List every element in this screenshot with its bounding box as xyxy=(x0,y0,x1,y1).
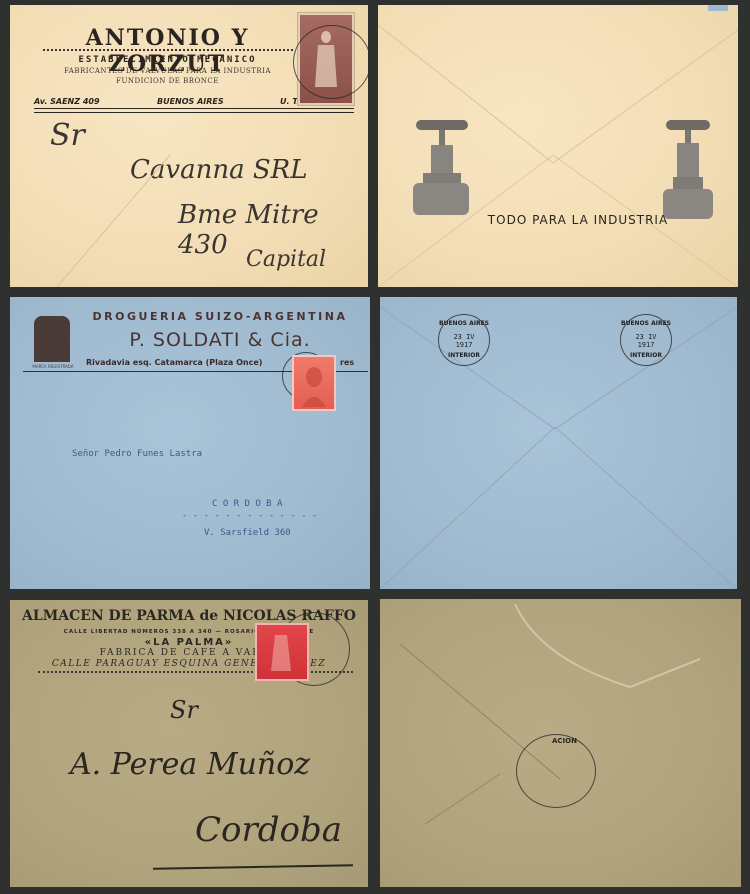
postmark-text: ACION xyxy=(552,737,577,745)
postage-stamp xyxy=(255,623,309,681)
trademark-logo-icon xyxy=(34,316,70,362)
envelope-antonio-zorzut-back: TODO PARA LA INDUSTRIA xyxy=(378,5,738,287)
envelope-antonio-zorzut-front: ANTONIO Y ZORZUT ESTABLECIMIENTO MECANIC… xyxy=(10,5,368,287)
postage-stamp xyxy=(292,355,336,411)
addressee-street: V. Sarsfield 360 xyxy=(204,528,291,538)
envelope-soldati-back: BUENOS AIRES 23 IV 1917 INTERIOR BUENOS … xyxy=(380,297,737,589)
company-name: P. SOLDATI & Cia. xyxy=(80,329,360,351)
slogan: TODO PARA LA INDUSTRIA xyxy=(478,213,678,227)
postmark xyxy=(293,25,368,99)
postmark xyxy=(516,734,596,808)
letterhead-rule xyxy=(34,108,354,113)
company-subtitle: ESTABLECIMIENTO MECANICO xyxy=(40,55,295,65)
company-title: DROGUERIA SUIZO-ARGENTINA xyxy=(80,310,360,323)
addressee-city: C O R D O B A xyxy=(212,499,282,509)
addressee-city: Cordoba xyxy=(195,810,342,850)
addressee-name: Señor Pedro Funes Lastra xyxy=(72,449,202,459)
description-line-1: FABRICANTES DE VALVULAS PARA LA INDUSTRI… xyxy=(40,66,295,76)
allegory-figure-icon xyxy=(257,625,307,679)
envelope-flaps xyxy=(380,297,737,589)
portrait-icon xyxy=(294,357,334,409)
company-address: Av. SAENZ 409 xyxy=(34,97,100,106)
postmark-buenos-aires-1: BUENOS AIRES 23 IV 1917 INTERIOR xyxy=(438,314,490,366)
underline-stroke xyxy=(153,864,353,869)
divider xyxy=(43,49,293,53)
addressee-name: Cavanna SRL xyxy=(130,155,308,185)
company-address: Rivadavia esq. Catamarca (Plaza Once) xyxy=(86,358,262,367)
gate-valve-icon xyxy=(663,117,713,225)
description-line-2: FUNDICION DE BRONCE xyxy=(40,76,295,86)
tear-mark xyxy=(708,5,728,11)
company-description: FABRICANTES DE VALVULAS PARA LA INDUSTRI… xyxy=(40,66,295,86)
envelope-soldati-front: MARCA REGISTRADA DROGUERIA SUIZO-ARGENTI… xyxy=(10,297,370,589)
addressee-salutation: Sr xyxy=(50,118,85,153)
addressee-name: A. Perea Muñoz xyxy=(70,747,310,782)
addressee-salutation: Sr xyxy=(170,696,198,724)
addressee-city: Capital xyxy=(246,247,326,272)
envelope-parma-front: ALMACEN DE PARMA de NICOLAS RAFFO CALLE … xyxy=(10,600,368,887)
valve-icon xyxy=(413,117,473,225)
postmark-buenos-aires-2: BUENOS AIRES 23 IV 1917 INTERIOR xyxy=(620,314,672,366)
company-city: BUENOS AIRES xyxy=(157,97,224,106)
address-dashes: - - - - - - - - - - - - - xyxy=(182,511,317,521)
logo-caption: MARCA REGISTRADA xyxy=(32,364,74,369)
envelope-parma-back: ACION xyxy=(380,599,741,887)
company-city: res xyxy=(340,358,354,367)
